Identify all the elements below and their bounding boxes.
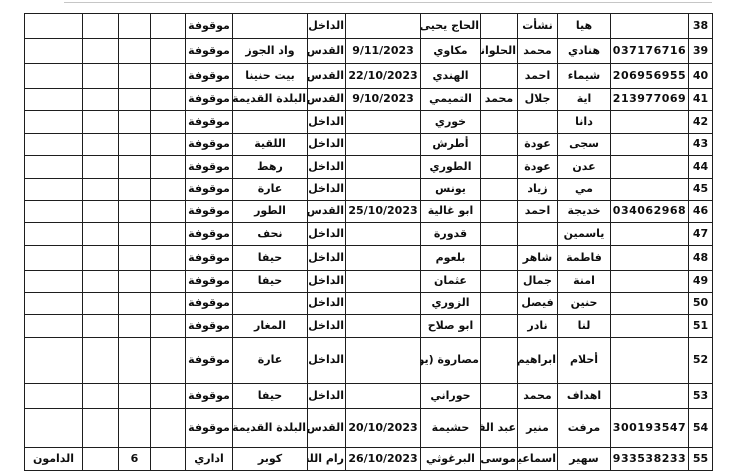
cell-neighborhood: حيفا	[233, 246, 308, 271]
cell-family: التميمي	[421, 89, 481, 111]
cell-id	[611, 111, 689, 134]
cell-count	[119, 271, 151, 293]
cell-first: امنة	[558, 271, 611, 293]
cell-middle	[481, 293, 518, 315]
cell-location: الداخل	[308, 338, 346, 384]
cell-family: الحاج يحيى	[421, 14, 481, 39]
cell-neighborhood	[233, 14, 308, 39]
cell-father	[518, 223, 558, 246]
cell-prison	[25, 271, 83, 293]
cell-count	[119, 315, 151, 338]
cell-location: القدس	[308, 201, 346, 223]
cell-family: مكاوي	[421, 39, 481, 64]
cell-num: 45	[689, 179, 713, 201]
cell-neighborhood: المغار	[233, 315, 308, 338]
cell-blank1	[83, 448, 119, 471]
cell-blank2	[151, 384, 186, 409]
cell-neighborhood: اللقية	[233, 134, 308, 156]
cell-date	[346, 134, 421, 156]
cell-id: 037176716	[611, 39, 689, 64]
cell-prison	[25, 201, 83, 223]
cell-first: فاطمة	[558, 246, 611, 271]
detainees-table: موقوفةالداخلالحاج يحيىنشأتهيا38موقوفةواد…	[24, 13, 713, 471]
cell-blank1	[83, 338, 119, 384]
cell-middle	[481, 111, 518, 134]
cell-father: نشأت	[518, 14, 558, 39]
cell-count: 6	[119, 448, 151, 471]
table-row: موقوفةالطورالقدس25/10/2023ابو غاليةاحمدخ…	[25, 201, 713, 223]
cell-blank1	[83, 134, 119, 156]
cell-first: سهير	[558, 448, 611, 471]
cell-family: خوري	[421, 111, 481, 134]
cell-first: هيا	[558, 14, 611, 39]
cell-first: دانا	[558, 111, 611, 134]
cell-status: موقوفة	[186, 315, 233, 338]
cell-first: اهداف	[558, 384, 611, 409]
cell-date	[346, 223, 421, 246]
cell-family: الزوري	[421, 293, 481, 315]
cell-father: جمال	[518, 271, 558, 293]
cell-location: الداخل	[308, 293, 346, 315]
table-row: موقوفةعارةالداخليونسزيادمي45	[25, 179, 713, 201]
cell-status: موقوفة	[186, 39, 233, 64]
table-row: موقوفةحيفاالداخلعثمانجمالامنة49	[25, 271, 713, 293]
cell-id	[611, 14, 689, 39]
cell-first: هنادي	[558, 39, 611, 64]
cell-first: لنا	[558, 315, 611, 338]
table-row: موقوفةحيفاالداخلبلعومشاهرفاطمة48	[25, 246, 713, 271]
cell-blank1	[83, 315, 119, 338]
cell-id	[611, 338, 689, 384]
cell-date	[346, 156, 421, 179]
cell-location: القدس	[308, 39, 346, 64]
cropped-row-border-line	[64, 2, 712, 3]
cell-prison	[25, 64, 83, 89]
cell-date	[346, 246, 421, 271]
cell-family: الهندي	[421, 64, 481, 89]
cell-date	[346, 271, 421, 293]
cell-middle	[481, 315, 518, 338]
cell-blank1	[83, 111, 119, 134]
cell-id	[611, 293, 689, 315]
cell-blank2	[151, 448, 186, 471]
cell-first: حنين	[558, 293, 611, 315]
cell-id: 300193547	[611, 409, 689, 448]
cell-status: موقوفة	[186, 156, 233, 179]
cell-location: القدس	[308, 409, 346, 448]
cell-blank2	[151, 39, 186, 64]
cell-father: اسماعيل	[518, 448, 558, 471]
cell-status: موقوفة	[186, 64, 233, 89]
cell-location: الداخل	[308, 179, 346, 201]
cell-family: عثمان	[421, 271, 481, 293]
cell-prison	[25, 315, 83, 338]
cell-first: اية	[558, 89, 611, 111]
table-row: موقوفةبيت حنيناالقدس22/10/2023الهندياحمد…	[25, 64, 713, 89]
cell-first: ياسمين	[558, 223, 611, 246]
cell-date: 20/10/2023	[346, 409, 421, 448]
cell-blank1	[83, 223, 119, 246]
cell-blank2	[151, 246, 186, 271]
cell-date: 22/10/2023	[346, 64, 421, 89]
table-row: موقوفةالبلدة القديمةالقدس20/10/2023حشيمة…	[25, 409, 713, 448]
cell-id	[611, 384, 689, 409]
cell-id	[611, 223, 689, 246]
cell-blank1	[83, 14, 119, 39]
table-row: موقوفةرهطالداخلالطوريعودةعدن44	[25, 156, 713, 179]
cell-location: الداخل	[308, 271, 346, 293]
cell-first: مرفت	[558, 409, 611, 448]
cell-blank2	[151, 293, 186, 315]
cell-family: حشيمة	[421, 409, 481, 448]
cell-prison	[25, 246, 83, 271]
table-row: موقوفةواد الجوزالقدس9/11/2023مكاويالحلوا…	[25, 39, 713, 64]
cell-family: مصاروة (يونس)	[421, 338, 481, 384]
cell-location: رام الله	[308, 448, 346, 471]
cell-count	[119, 223, 151, 246]
cell-blank1	[83, 89, 119, 111]
cell-middle	[481, 201, 518, 223]
cell-first: سجى	[558, 134, 611, 156]
table-row: موقوفةالداخلالحاج يحيىنشأتهيا38	[25, 14, 713, 39]
table-row: موقوفةحيفاالداخلحورانيمحمداهداف53	[25, 384, 713, 409]
cell-prison	[25, 179, 83, 201]
cell-neighborhood: عارة	[233, 338, 308, 384]
cell-neighborhood: عارة	[233, 179, 308, 201]
cell-id	[611, 134, 689, 156]
cell-status: موقوفة	[186, 246, 233, 271]
cell-prison	[25, 223, 83, 246]
cell-location: القدس	[308, 64, 346, 89]
cell-id	[611, 179, 689, 201]
cell-blank1	[83, 179, 119, 201]
cell-family: قدورة	[421, 223, 481, 246]
cell-status: موقوفة	[186, 223, 233, 246]
cell-blank2	[151, 409, 186, 448]
cell-num: 54	[689, 409, 713, 448]
cell-middle: الحلواني	[481, 39, 518, 64]
cell-prison	[25, 156, 83, 179]
cell-middle	[481, 338, 518, 384]
cell-status: موقوفة	[186, 293, 233, 315]
cell-location: الداخل	[308, 111, 346, 134]
cell-family: ابو صلاح	[421, 315, 481, 338]
cell-middle	[481, 179, 518, 201]
cell-neighborhood: واد الجوز	[233, 39, 308, 64]
cell-father: محمد	[518, 384, 558, 409]
cell-blank2	[151, 14, 186, 39]
cell-count	[119, 338, 151, 384]
cell-location: الداخل	[308, 246, 346, 271]
cell-father: جلال	[518, 89, 558, 111]
cell-num: 53	[689, 384, 713, 409]
scanned-document-page: موقوفةالداخلالحاج يحيىنشأتهيا38موقوفةواد…	[0, 0, 740, 472]
cell-id: 034062968	[611, 201, 689, 223]
cell-count	[119, 156, 151, 179]
cell-location: الداخل	[308, 315, 346, 338]
cell-location: الداخل	[308, 156, 346, 179]
cell-middle	[481, 134, 518, 156]
cell-count	[119, 14, 151, 39]
cell-count	[119, 201, 151, 223]
cell-blank2	[151, 201, 186, 223]
cell-id	[611, 246, 689, 271]
cell-id: 933538233	[611, 448, 689, 471]
cell-num: 43	[689, 134, 713, 156]
cell-count	[119, 246, 151, 271]
cell-prison	[25, 14, 83, 39]
table-row: الدامون6اداريكوبررام الله26/10/2023البرغ…	[25, 448, 713, 471]
cell-count	[119, 111, 151, 134]
cell-status: موقوفة	[186, 179, 233, 201]
cell-location: الداخل	[308, 384, 346, 409]
cell-date: 9/11/2023	[346, 39, 421, 64]
cell-id	[611, 156, 689, 179]
cell-neighborhood: نحف	[233, 223, 308, 246]
cell-blank2	[151, 89, 186, 111]
cell-prison	[25, 338, 83, 384]
cell-date	[346, 111, 421, 134]
cell-middle: موسى	[481, 448, 518, 471]
cell-date: 9/10/2023	[346, 89, 421, 111]
cell-num: 40	[689, 64, 713, 89]
cell-middle	[481, 246, 518, 271]
cell-neighborhood: حيفا	[233, 384, 308, 409]
cell-status: موقوفة	[186, 201, 233, 223]
cell-father: احمد	[518, 201, 558, 223]
cell-status: موقوفة	[186, 111, 233, 134]
cell-blank2	[151, 223, 186, 246]
cell-num: 38	[689, 14, 713, 39]
cell-blank1	[83, 64, 119, 89]
cell-first: عدن	[558, 156, 611, 179]
cell-date	[346, 179, 421, 201]
cell-num: 55	[689, 448, 713, 471]
cell-blank1	[83, 201, 119, 223]
cell-middle	[481, 223, 518, 246]
cell-neighborhood: البلدة القديمة	[233, 89, 308, 111]
cell-blank2	[151, 179, 186, 201]
cell-father: عودة	[518, 156, 558, 179]
cell-father: فيصل	[518, 293, 558, 315]
cell-family: حوراني	[421, 384, 481, 409]
cell-prison	[25, 409, 83, 448]
cell-family: البرغوثي	[421, 448, 481, 471]
table-body: موقوفةالداخلالحاج يحيىنشأتهيا38موقوفةواد…	[25, 14, 713, 471]
cell-id: 206956955	[611, 64, 689, 89]
cell-father: احمد	[518, 64, 558, 89]
cell-count	[119, 64, 151, 89]
cell-date	[346, 315, 421, 338]
cell-father: محمد	[518, 39, 558, 64]
table-row: موقوفةعارةالداخلمصاروة (يونس)ابراهيمأحلا…	[25, 338, 713, 384]
cell-father: ابراهيم	[518, 338, 558, 384]
cell-middle: عبد الفتاح	[481, 409, 518, 448]
cell-num: 44	[689, 156, 713, 179]
cell-blank1	[83, 293, 119, 315]
cell-first: خديجة	[558, 201, 611, 223]
cell-count	[119, 384, 151, 409]
cell-middle	[481, 156, 518, 179]
table-row: موقوفةنحفالداخلقدورةياسمين47	[25, 223, 713, 246]
cell-prison	[25, 384, 83, 409]
cell-blank2	[151, 111, 186, 134]
cell-num: 48	[689, 246, 713, 271]
cell-neighborhood	[233, 111, 308, 134]
cell-first: مي	[558, 179, 611, 201]
cell-date	[346, 384, 421, 409]
cell-neighborhood: رهط	[233, 156, 308, 179]
cell-blank1	[83, 246, 119, 271]
cell-num: 46	[689, 201, 713, 223]
cell-date	[346, 14, 421, 39]
cell-count	[119, 293, 151, 315]
cell-family: يونس	[421, 179, 481, 201]
cell-status: موقوفة	[186, 14, 233, 39]
cell-status: موقوفة	[186, 134, 233, 156]
cell-status: موقوفة	[186, 271, 233, 293]
cell-middle	[481, 14, 518, 39]
cell-blank1	[83, 409, 119, 448]
cell-father: نادر	[518, 315, 558, 338]
table-row: موقوفةاللقيةالداخلأطرشعودةسجى43	[25, 134, 713, 156]
cell-father: زياد	[518, 179, 558, 201]
cell-family: بلعوم	[421, 246, 481, 271]
table-row: موقوفةالمغارالداخلابو صلاحنادرلنا51	[25, 315, 713, 338]
cell-num: 39	[689, 39, 713, 64]
cell-blank2	[151, 271, 186, 293]
cell-middle	[481, 64, 518, 89]
cell-father	[518, 111, 558, 134]
cell-count	[119, 39, 151, 64]
cell-family: الطوري	[421, 156, 481, 179]
table-row: موقوفةالبلدة القديمةالقدس9/10/2023التميم…	[25, 89, 713, 111]
cell-id	[611, 271, 689, 293]
cell-date	[346, 293, 421, 315]
cell-status: موقوفة	[186, 338, 233, 384]
cell-num: 42	[689, 111, 713, 134]
cell-date	[346, 338, 421, 384]
cell-num: 49	[689, 271, 713, 293]
cell-count	[119, 134, 151, 156]
cell-neighborhood: كوبر	[233, 448, 308, 471]
cell-blank1	[83, 384, 119, 409]
cell-prison	[25, 89, 83, 111]
cell-num: 47	[689, 223, 713, 246]
cell-prison	[25, 293, 83, 315]
cell-prison: الدامون	[25, 448, 83, 471]
cell-family: أطرش	[421, 134, 481, 156]
cell-status: اداري	[186, 448, 233, 471]
cell-num: 51	[689, 315, 713, 338]
cell-prison	[25, 111, 83, 134]
cell-middle	[481, 271, 518, 293]
cell-father: منير	[518, 409, 558, 448]
cell-middle: محمد	[481, 89, 518, 111]
cell-location: القدس	[308, 89, 346, 111]
cell-date: 25/10/2023	[346, 201, 421, 223]
cell-status: موقوفة	[186, 89, 233, 111]
cell-blank1	[83, 156, 119, 179]
cell-neighborhood	[233, 293, 308, 315]
cell-location: الداخل	[308, 223, 346, 246]
cell-id: 213977069	[611, 89, 689, 111]
cell-prison	[25, 39, 83, 64]
cell-middle	[481, 384, 518, 409]
cell-num: 50	[689, 293, 713, 315]
table-row: موقوفةالداخلالزوريفيصلحنين50	[25, 293, 713, 315]
cell-prison	[25, 134, 83, 156]
cell-blank2	[151, 338, 186, 384]
cell-id	[611, 315, 689, 338]
cell-father: شاهر	[518, 246, 558, 271]
cell-date: 26/10/2023	[346, 448, 421, 471]
cell-count	[119, 409, 151, 448]
cell-location: الداخل	[308, 14, 346, 39]
cell-neighborhood: البلدة القديمة	[233, 409, 308, 448]
cell-family: ابو غالية	[421, 201, 481, 223]
cell-blank1	[83, 39, 119, 64]
cell-neighborhood: الطور	[233, 201, 308, 223]
cell-status: موقوفة	[186, 384, 233, 409]
cell-first: شيماء	[558, 64, 611, 89]
cell-neighborhood: بيت حنينا	[233, 64, 308, 89]
cell-first: أحلام	[558, 338, 611, 384]
cell-blank1	[83, 271, 119, 293]
cell-status: موقوفة	[186, 409, 233, 448]
cell-neighborhood: حيفا	[233, 271, 308, 293]
cell-num: 41	[689, 89, 713, 111]
cell-blank2	[151, 64, 186, 89]
cell-count	[119, 89, 151, 111]
cell-count	[119, 179, 151, 201]
cell-location: الداخل	[308, 134, 346, 156]
table-row: موقوفةالداخلخوريدانا42	[25, 111, 713, 134]
cell-blank2	[151, 315, 186, 338]
cell-blank2	[151, 156, 186, 179]
cell-num: 52	[689, 338, 713, 384]
cell-blank2	[151, 134, 186, 156]
cell-father: عودة	[518, 134, 558, 156]
